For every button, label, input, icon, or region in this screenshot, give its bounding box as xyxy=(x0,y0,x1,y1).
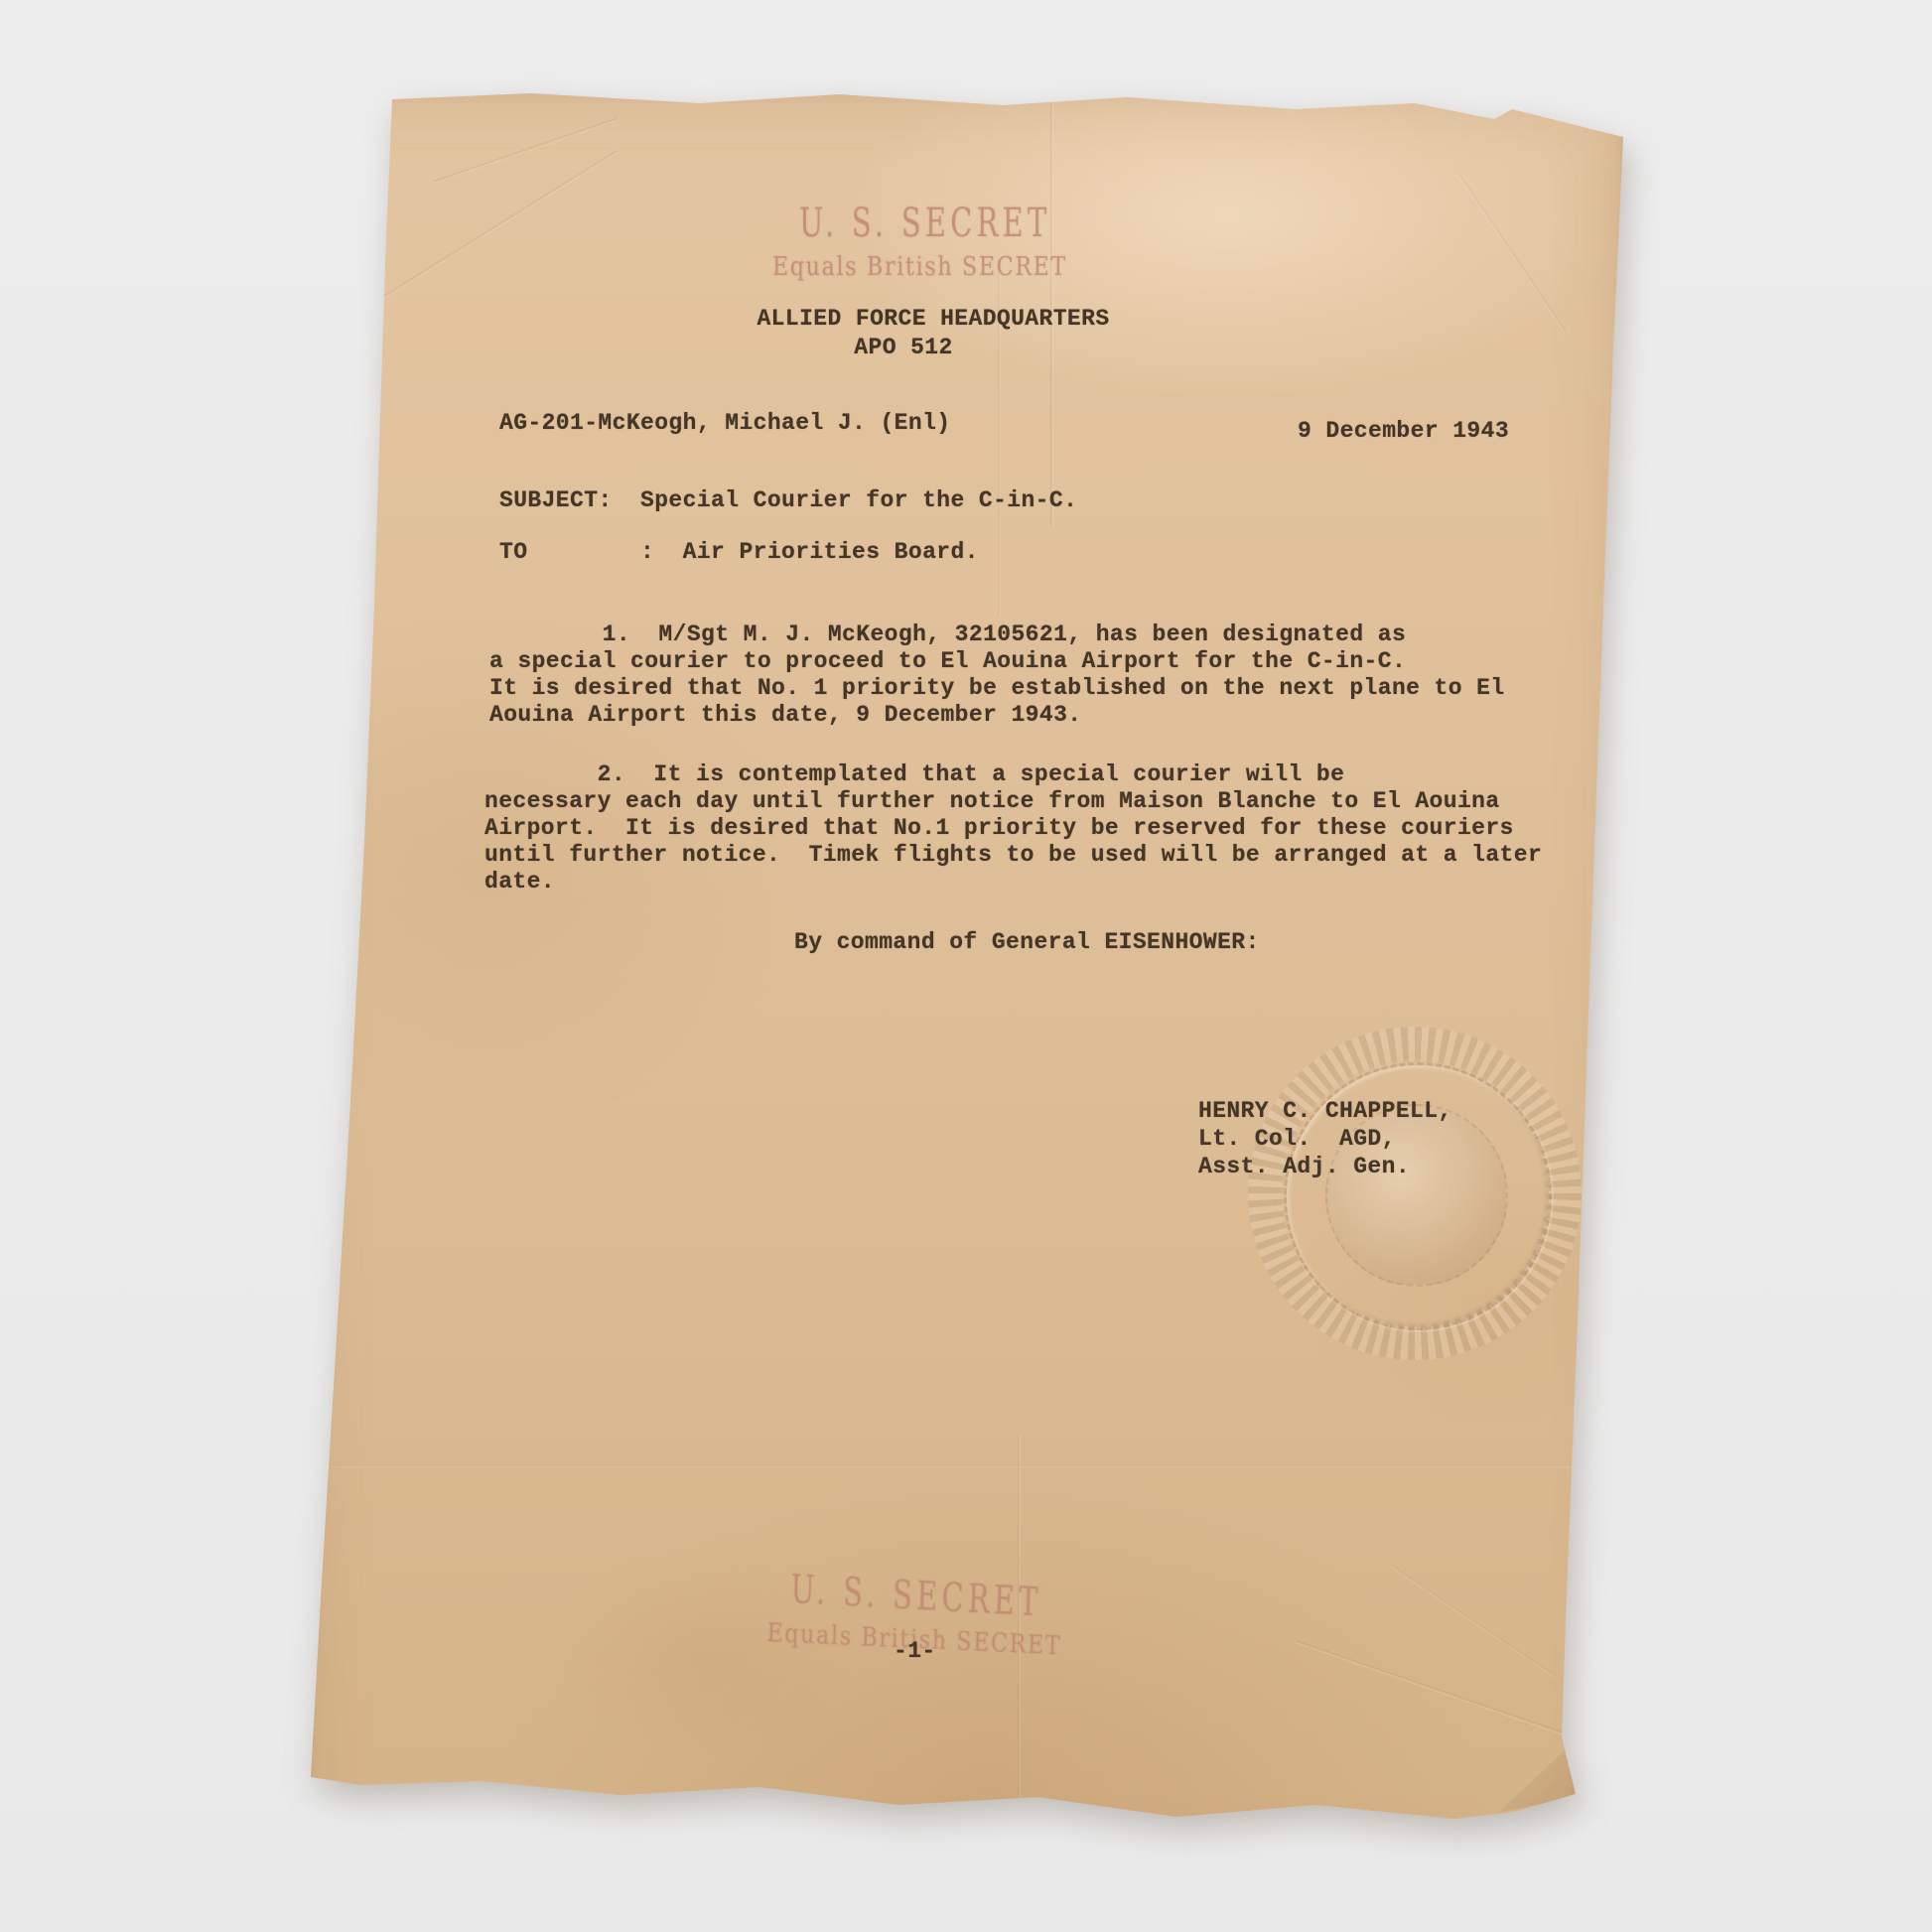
signature-title: Asst. Adj. Gen. xyxy=(1198,1154,1410,1180)
classification-stamp-bottom-line1: U. S. SECRET xyxy=(790,1567,1043,1625)
classification-stamp-top-line2: Equals British SECRET xyxy=(772,252,1067,282)
corner-fold xyxy=(1489,1713,1598,1817)
crease-line xyxy=(1296,1640,1569,1736)
crease-line xyxy=(376,150,618,303)
document-paper-wrap: U. S. SECRET Equals British SECRET ALLIE… xyxy=(303,89,1623,1866)
subject-line: SUBJECT: Special Courier for the C-in-C. xyxy=(499,487,1077,514)
crease-line xyxy=(303,1464,1584,1467)
signature-name: HENRY C. CHAPPELL, xyxy=(1198,1098,1452,1125)
document-paper: U. S. SECRET Equals British SECRET ALLIE… xyxy=(303,89,1623,1866)
crease-line xyxy=(1458,175,1567,333)
signature-rank: Lt. Col. AGD, xyxy=(1198,1126,1396,1153)
paragraph-2-line: until further notice. Timek flights to b… xyxy=(484,842,1542,869)
paragraph-1-line: 1. M/Sgt M. J. McKeogh, 32105621, has be… xyxy=(489,621,1406,648)
paragraph-1-line: Aouina Airport this date, 9 December 194… xyxy=(489,702,1082,729)
letterhead-apo: APO 512 xyxy=(854,335,952,361)
date-line: 9 December 1943 xyxy=(1298,418,1509,445)
photo-background: U. S. SECRET Equals British SECRET ALLIE… xyxy=(0,0,1932,1932)
paragraph-2-line: date. xyxy=(484,869,555,896)
to-line: TO : Air Priorities Board. xyxy=(499,539,979,566)
crease-line xyxy=(303,1100,1196,1103)
letterhead-org: ALLIED FORCE HEADQUARTERS xyxy=(757,306,1109,333)
paragraph-1-line: a special courier to proceed to El Aouin… xyxy=(489,648,1406,675)
paragraph-2-line: Airport. It is desired that No.1 priorit… xyxy=(484,815,1514,842)
crease-line xyxy=(434,118,618,184)
classification-stamp-top-line1: U. S. SECRET xyxy=(799,201,1050,246)
crease-line xyxy=(1389,1564,1560,1680)
reference-line: AG-201-McKeogh, Michael J. (Enl) xyxy=(499,410,950,437)
paragraph-1-line: It is desired that No. 1 priority be est… xyxy=(489,675,1505,702)
command-line: By command of General EISENHOWER: xyxy=(794,929,1260,956)
paragraph-2-line: necessary each day until further notice … xyxy=(484,788,1500,815)
paragraph-2-line: 2. It is contemplated that a special cou… xyxy=(484,761,1344,788)
page-number: -1- xyxy=(894,1638,936,1665)
